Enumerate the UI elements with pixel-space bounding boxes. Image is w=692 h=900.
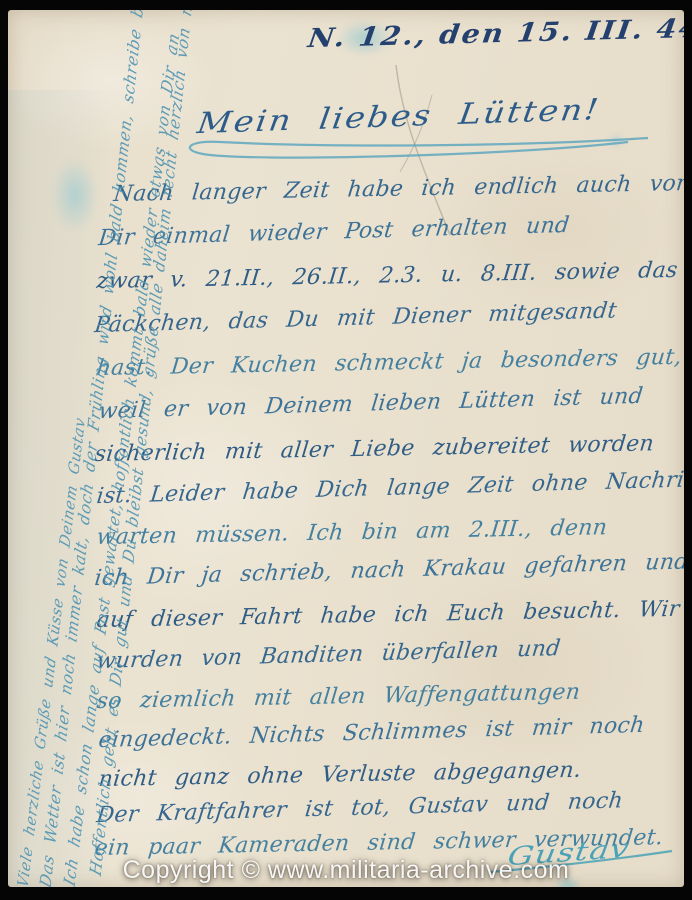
body-line: eingedeckt. Nichts Schlimmes ist mir noc… bbox=[97, 713, 646, 753]
body-line: Nach langer Zeit habe ich endlich auch v… bbox=[112, 171, 684, 207]
body-line: weil er von Deinem lieben Lütten ist und bbox=[97, 384, 644, 424]
ink-smudge bbox=[608, 134, 624, 147]
body-line: sicherlich mit aller Liebe zubereitet wo… bbox=[93, 431, 655, 467]
body-line: hast. Der Kuchen schmeckt ja besonders g… bbox=[95, 344, 684, 381]
body-line: auf dieser Fahrt habe ich Euch besucht. … bbox=[95, 597, 680, 633]
body-line: ist. Leider habe Dich lange Zeit ohne Na… bbox=[95, 467, 684, 510]
body-line: warten müssen. Ich bin am 2.III., denn bbox=[95, 515, 608, 550]
copyright-watermark: Copyright © www.militaria-archive.com bbox=[8, 856, 684, 885]
body-line: zwar v. 21.II., 26.II., 2.3. u. 8.III. s… bbox=[95, 258, 679, 294]
scan-frame: N. 12., den 15. III. 44 Mein liebes Lütt… bbox=[0, 0, 692, 900]
body-line: so ziemlich mit allen Waffengattungen bbox=[95, 680, 581, 714]
body-line: ich Dir ja schrieb, nach Krakau gefahren… bbox=[93, 549, 684, 591]
body-line: wurden von Banditen überfallen und bbox=[95, 636, 562, 674]
ink-smudge bbox=[52, 158, 98, 232]
greeting: Mein liebes Lütten! bbox=[195, 92, 602, 140]
letter-paper: N. 12., den 15. III. 44 Mein liebes Lütt… bbox=[8, 10, 684, 887]
body-line: nicht ganz ohne Verluste abgegangen. bbox=[97, 758, 582, 792]
body-line: Päckchen, das Du mit Diener mitgesandt bbox=[93, 298, 618, 338]
body-line: Der Kraftfahrer ist tot, Gustav und noch bbox=[95, 788, 624, 828]
